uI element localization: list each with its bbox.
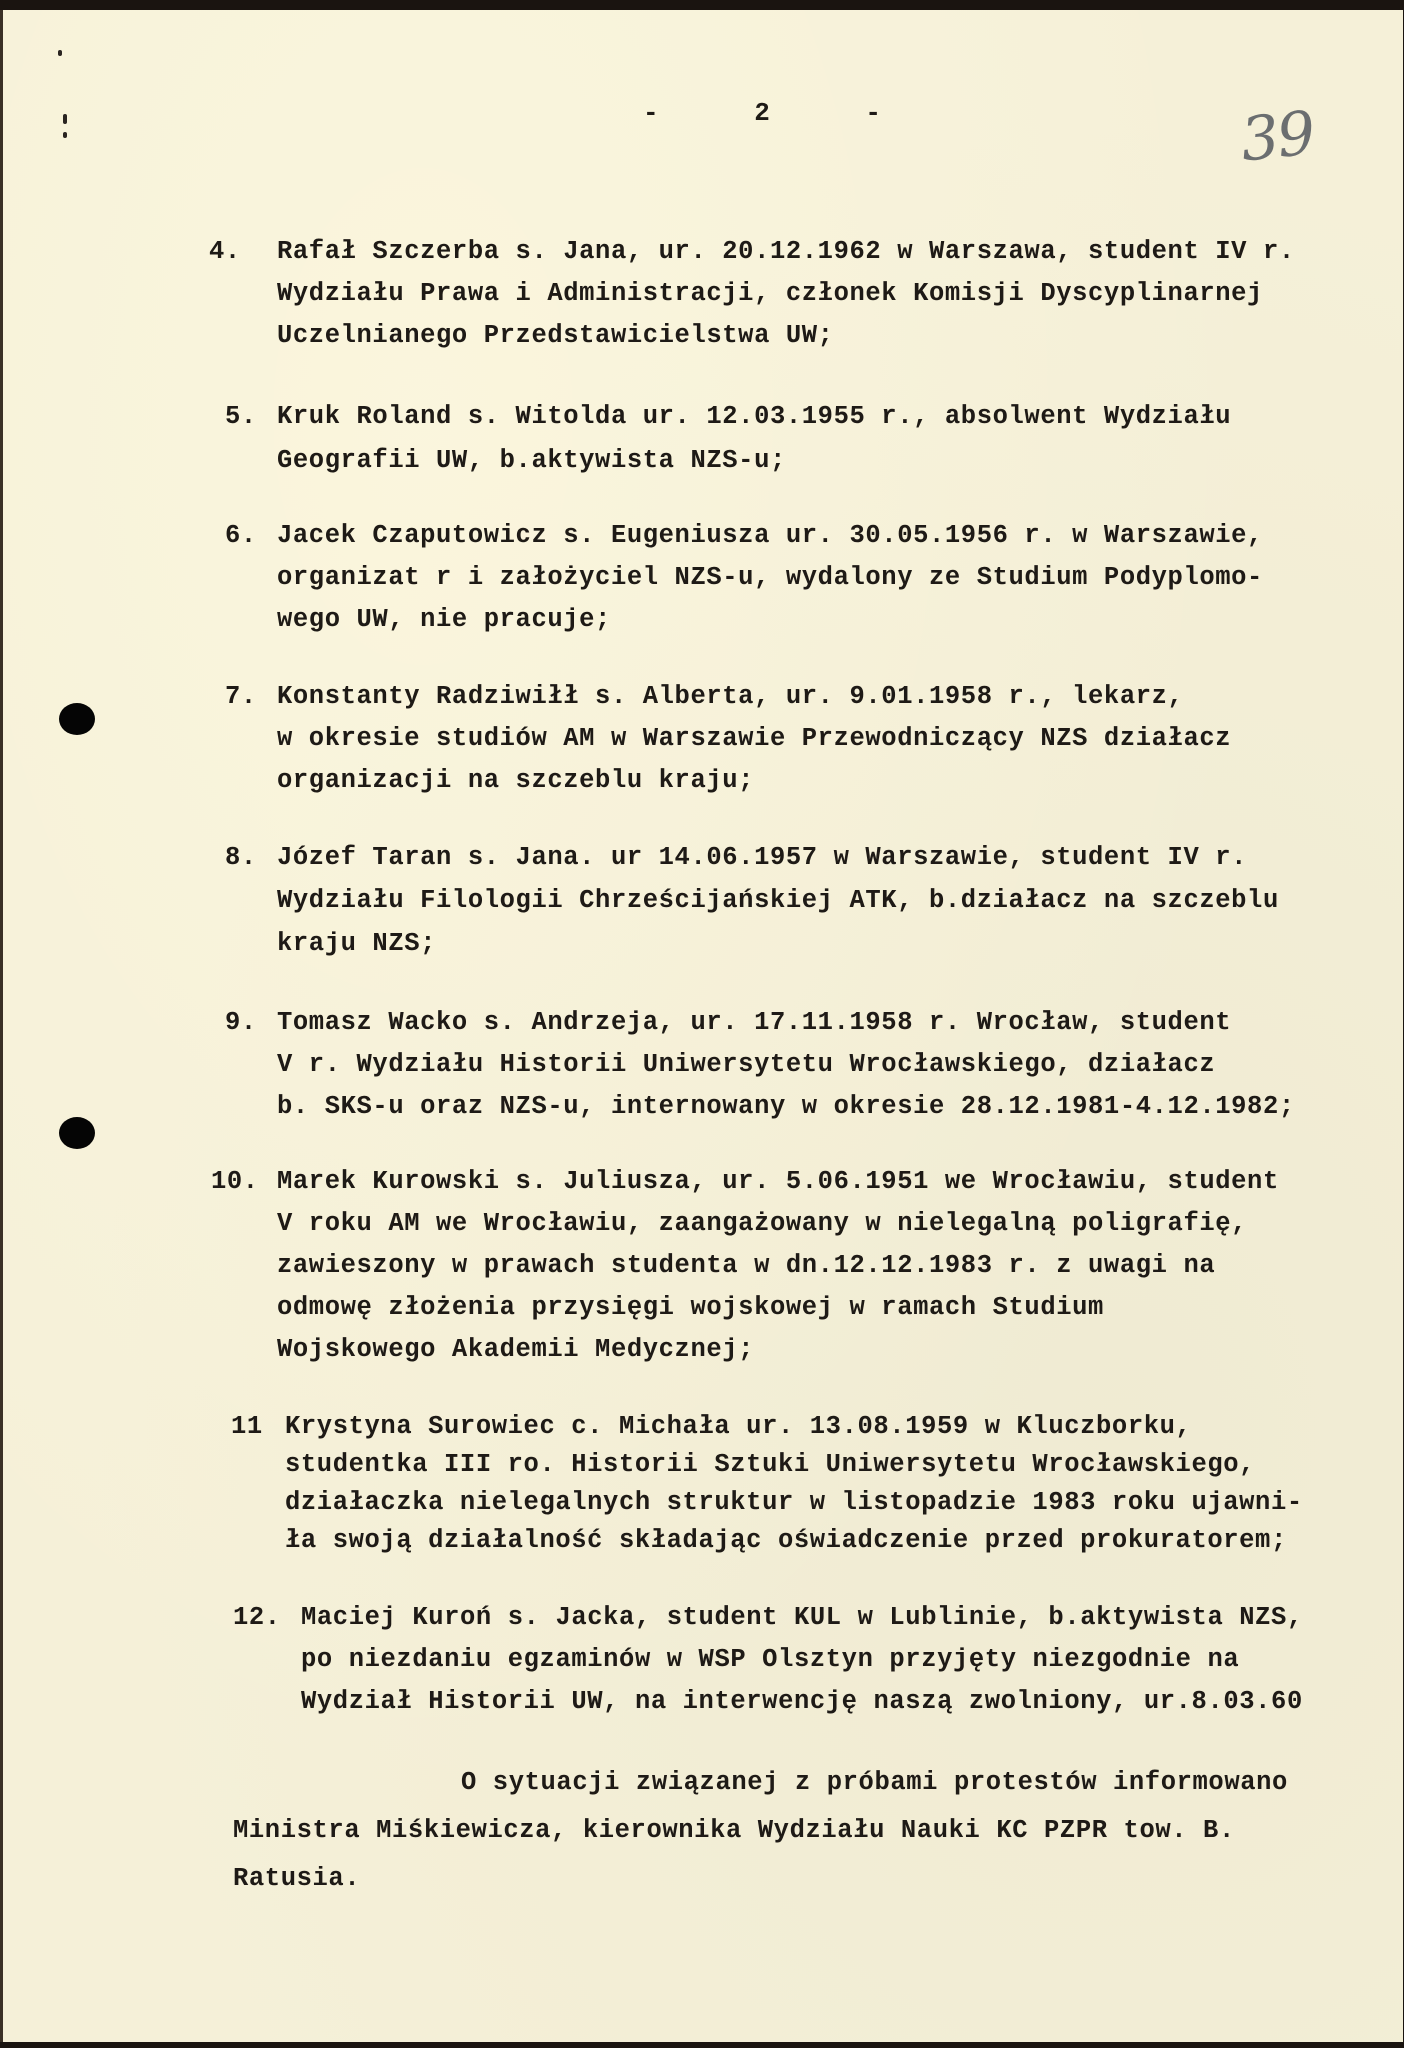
entry-line: Wydziału Prawa i Administracji, członek …: [277, 273, 1263, 315]
entry-line: zawieszony w prawach studenta w dn.12.12…: [277, 1245, 1215, 1287]
entry-line: po niezdaniu egzaminów w WSP Olsztyn prz…: [301, 1639, 1239, 1681]
entry-line: Konstanty Radziwiłł s. Alberta, ur. 9.01…: [277, 676, 1183, 718]
entry-number: 10.: [211, 1161, 273, 1203]
entry-line: Tomasz Wacko s. Andrzeja, ur. 17.11.1958…: [277, 1002, 1231, 1044]
entry-line: Maciej Kuroń s. Jacka, student KUL w Lub…: [301, 1597, 1303, 1639]
entry-line: Jacek Czaputowicz s. Eugeniusza ur. 30.0…: [277, 515, 1263, 557]
punch-hole-lower: [59, 1117, 95, 1149]
entry-line: odmowę złożenia przysięgi wojskowej w ra…: [277, 1287, 1104, 1329]
margin-mark: [58, 50, 62, 56]
document-page: - 2 - 39 4. Rafał Szczerba s. Jana, ur. …: [0, 10, 1403, 2042]
entry-line: Marek Kurowski s. Juliusza, ur. 5.06.195…: [277, 1161, 1279, 1203]
entry-line: Rafał Szczerba s. Jana, ur. 20.12.1962 w…: [277, 231, 1295, 273]
handwritten-folio-number: 39: [1238, 98, 1317, 175]
entry-line: działaczka nielegalnych struktur w listo…: [285, 1482, 1303, 1524]
entry-line: ła swoją działalność składając oświadcze…: [285, 1520, 1287, 1562]
margin-mark: [63, 114, 67, 124]
entry-number: 4.: [209, 231, 271, 273]
entry-line: Wojskowego Akademii Medycznej;: [277, 1329, 754, 1371]
entry-line: Uczelnianego Przedstawicielstwa UW;: [277, 315, 834, 357]
entry-line: wego UW, nie pracuje;: [277, 599, 611, 641]
page-number: - 2 -: [643, 98, 921, 128]
entry-line: Geografii UW, b.aktywista NZS-u;: [277, 440, 786, 482]
closing-line: Ministra Miśkiewicza, kierownika Wydział…: [233, 1810, 1235, 1852]
entry-line: V r. Wydziału Historii Uniwersytetu Wroc…: [277, 1044, 1215, 1086]
entry-line: kraju NZS;: [277, 923, 436, 965]
entry-number: 12.: [233, 1597, 295, 1639]
entry-line: organizat r i założyciel NZS-u, wydalony…: [277, 557, 1263, 599]
entry-line: Kruk Roland s. Witolda ur. 12.03.1955 r.…: [277, 396, 1231, 438]
entry-line: Krystyna Surowiec c. Michała ur. 13.08.1…: [285, 1406, 1191, 1448]
entry-line: Wydział Historii UW, na interwencję nasz…: [301, 1681, 1303, 1723]
closing-line: O sytuacji związanej z próbami protestów…: [461, 1762, 1288, 1804]
entry-line: w okresie studiów AM w Warszawie Przewod…: [277, 718, 1231, 760]
entry-line: V roku AM we Wrocławiu, zaangażowany w n…: [277, 1203, 1247, 1245]
entry-line: studentka III ro. Historii Sztuki Uniwer…: [285, 1444, 1255, 1486]
closing-line: Ratusia.: [233, 1858, 360, 1900]
entry-line: Wydziału Filologii Chrześcijańskiej ATK,…: [277, 880, 1279, 922]
margin-mark: [63, 132, 67, 138]
entry-line: b. SKS-u oraz NZS-u, internowany w okres…: [277, 1086, 1295, 1128]
entry-line: organizacji na szczeblu kraju;: [277, 760, 754, 802]
punch-hole-upper: [59, 703, 95, 735]
entry-line: Józef Taran s. Jana. ur 14.06.1957 w War…: [277, 837, 1247, 879]
entry-number: 11: [231, 1406, 293, 1448]
